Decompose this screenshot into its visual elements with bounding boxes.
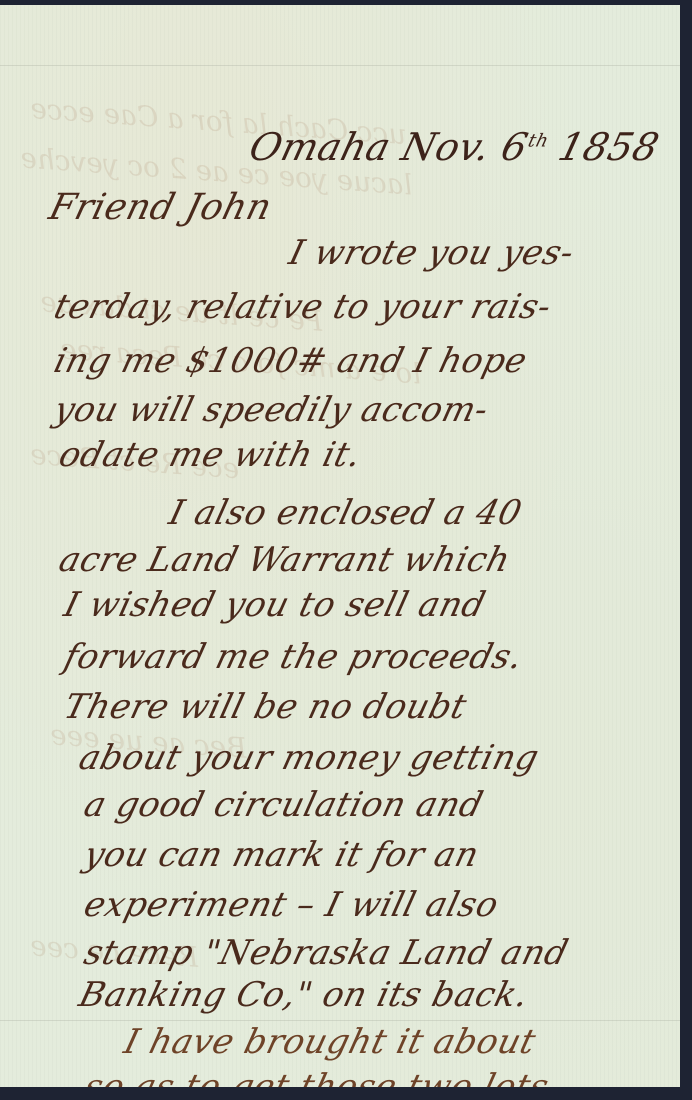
letter-line: I wished you to sell and: [60, 585, 490, 625]
letter-line: I have brought it about: [120, 1022, 540, 1062]
letter-line: Banking Co," on its back.: [75, 975, 533, 1015]
letter-line: so as to get those two lots: [80, 1067, 553, 1087]
letter-line: experiment – I will also: [80, 885, 503, 925]
salutation: Friend John: [45, 187, 276, 228]
dateline-year: 1858: [554, 125, 664, 169]
letter-line: about your money getting: [75, 738, 543, 778]
paper-fold: [0, 1020, 680, 1021]
letter-line: ing me $1000# and I hope: [50, 341, 531, 381]
letter-line: forward me the proceeds.: [60, 637, 527, 677]
letter-line: I wrote you yes-: [285, 233, 578, 273]
letter-page: ucc Cach la for a Cae ecce lacue yoe ce …: [0, 5, 680, 1087]
letter-line: odate me with it.: [55, 435, 365, 475]
dateline-month: Nov.: [397, 125, 495, 169]
dateline-place: Omaha: [245, 125, 395, 169]
letter-line: you can mark it for an: [80, 835, 483, 875]
dateline-day-suffix: th: [526, 130, 551, 151]
letter-line: a good circulation and: [80, 785, 487, 825]
paper-fold: [0, 65, 680, 66]
letter-line: There will be no doubt: [60, 687, 471, 727]
letter-line: acre Land Warrant which: [55, 540, 515, 580]
letter-line: I also enclosed a 40: [165, 493, 526, 533]
dateline: Omaha Nov. 6th 1858: [245, 125, 664, 169]
letter-line: terday, relative to your rais-: [50, 287, 555, 327]
letter-line: stamp "Nebraska Land and: [80, 933, 572, 973]
letter-line: you will speedily accom-: [50, 390, 492, 430]
